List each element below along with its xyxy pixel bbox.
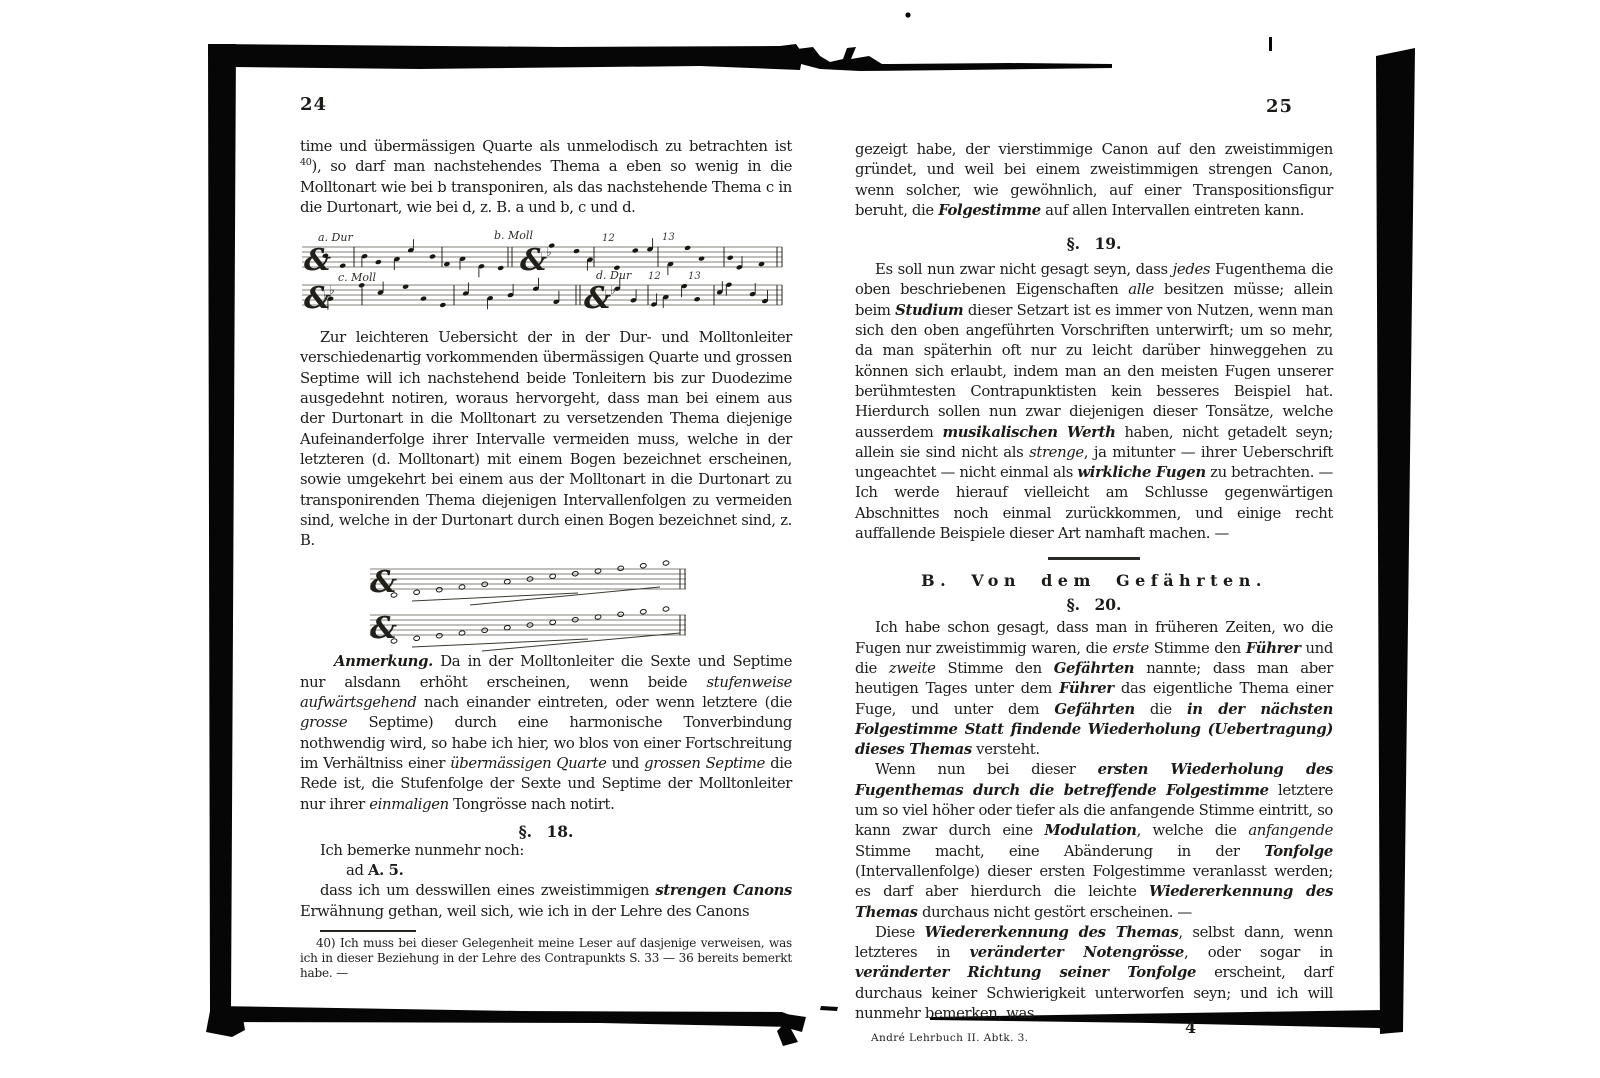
paragraph-line: Ich bemerke nunmehr noch: <box>300 841 792 861</box>
footnote-rule <box>320 930 416 932</box>
paragraph: Zur leichteren Uebersicht der in der Dur… <box>300 328 792 551</box>
scan-mark-bottom-dash <box>820 1006 838 1011</box>
interval-brackets <box>412 587 680 651</box>
music-label: 12 <box>648 271 661 282</box>
section-divider <box>1048 557 1140 560</box>
treble-clef-icon: & <box>370 611 397 646</box>
paragraph: Ich habe schon gesagt, dass man in frühe… <box>855 618 1333 760</box>
annotation-paragraph: Anmerkung. Da in der Molltonleiter die S… <box>300 652 792 814</box>
music-label: d. Dur <box>596 269 632 282</box>
section-heading-19: §. 19. <box>855 234 1333 253</box>
scan-dot <box>905 12 910 17</box>
page-number: 25 <box>855 96 1333 117</box>
music-example-scales: & & <box>364 553 698 651</box>
flat-icon: ♭ <box>604 288 610 302</box>
footnote: 40) Ich muss bei dieser Gelegenheit mein… <box>300 936 792 982</box>
scan-tick <box>1269 37 1272 51</box>
paragraph-line: ad A. 5. <box>300 861 792 881</box>
signature-mark: 4 <box>1185 1018 1196 1037</box>
page-right: 25 gezeigt habe, der vierstimmige Canon … <box>855 96 1333 1048</box>
music-label: 13 <box>662 232 675 243</box>
page-number: 24 <box>300 94 792 115</box>
music-label: 13 <box>688 271 701 282</box>
paragraph-continuation: time und übermässigen Quarte als unmelod… <box>300 137 792 218</box>
notes <box>614 278 769 308</box>
scan-border-bottom-left <box>213 1006 795 1027</box>
footer-imprint: André Lehrbuch II. Abtk. 3. <box>871 1032 1028 1044</box>
staff <box>302 285 782 305</box>
paragraph: Wenn nun bei dieser ersten Wiederholung … <box>855 760 1333 922</box>
paragraph: dass ich um desswillen eines zweistimmig… <box>300 881 792 922</box>
scan-border-right <box>1376 48 1415 1034</box>
music-label: 12 <box>602 233 615 244</box>
flat-icon: ♭ <box>540 250 546 264</box>
chapter-heading: B. Von dem Gefährten. <box>855 571 1333 590</box>
music-example-themes: & & & & ♭ ♭ ♭ ♭ ♭ ♭ a. Dur b. Moll 12 13… <box>296 229 792 325</box>
section-heading-20: §. 20. <box>855 595 1333 614</box>
scan-border-left <box>206 44 245 1037</box>
music-label: c. Moll <box>338 271 377 284</box>
scan-mark-top-right <box>797 47 1112 71</box>
page-left: 24 time und übermässigen Quarte als unme… <box>300 94 792 982</box>
barlines <box>354 247 782 305</box>
music-label: a. Dur <box>318 231 353 244</box>
paragraph: Es soll nun zwar nicht gesagt seyn, dass… <box>855 260 1333 544</box>
staff <box>370 569 686 589</box>
staff <box>370 615 686 635</box>
section-heading-18: §. 18. <box>300 822 792 841</box>
music-label: b. Moll <box>494 229 533 242</box>
flat-icon: ♭ <box>329 283 335 297</box>
paragraph: Diese Wiedererkennung des Themas, selbst… <box>855 923 1333 1024</box>
treble-clef-icon: & <box>304 243 331 278</box>
scan-artifacts <box>0 0 1600 1078</box>
scan-border-top <box>208 44 803 70</box>
treble-clef-icon: & <box>370 565 397 600</box>
paragraph-continuation: gezeigt habe, der vierstimmige Canon auf… <box>855 140 1333 221</box>
book-scan: 24 time und übermässigen Quarte als unme… <box>0 0 1600 1078</box>
scan-mark-bottom-hook <box>777 1013 806 1046</box>
page-footer: André Lehrbuch II. Abtk. 3. 4 <box>855 1026 1333 1048</box>
